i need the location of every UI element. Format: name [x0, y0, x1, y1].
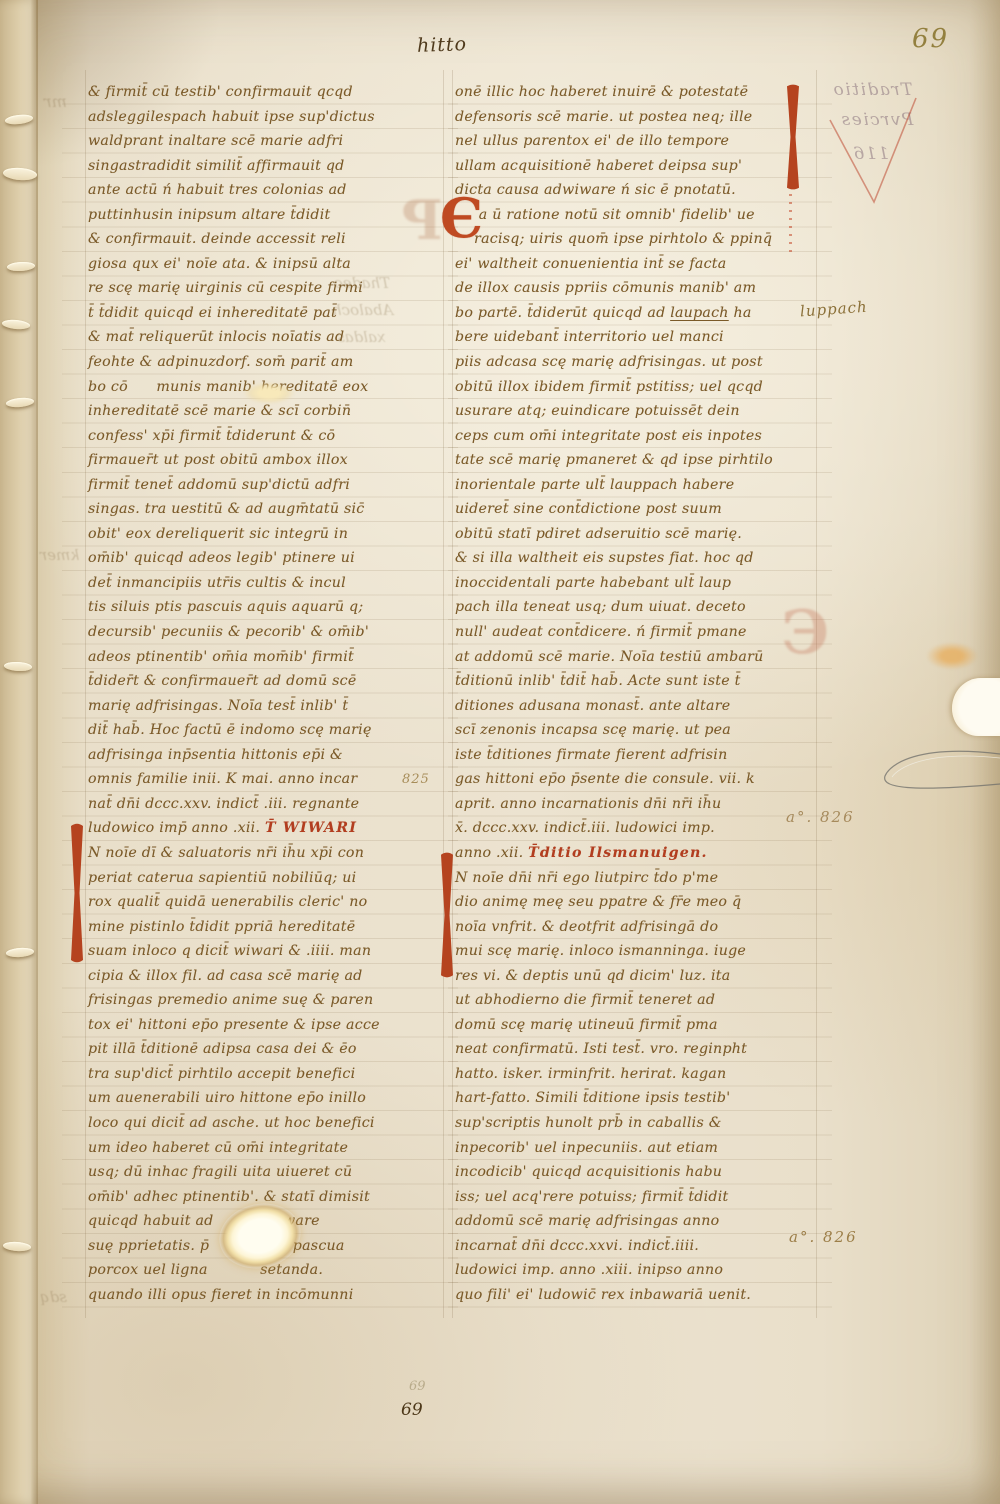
manuscript-line: sup'scriptis hunolt prb̄ in caballis & [455, 1111, 817, 1136]
manuscript-line: det̄ inmancipiis utr̄is cultis & incul [88, 571, 444, 596]
margin-note-luppach: luppach [799, 298, 868, 321]
folio-number-bottom-ink: 69 [401, 1400, 423, 1420]
manuscript-line: nat̄ dn̄i dccc.xxv. indict̄ .iii. regnan… [88, 792, 444, 817]
manuscript-line: obitū statī pdiret adseruitio scē marię. [455, 522, 817, 547]
manuscript-line: tate scē marię pmaneret & qd ipse pirhti… [455, 448, 817, 473]
manuscript-line: hart-fatto. Simili t̄ditione ipsis testi… [455, 1086, 817, 1111]
manuscript-line: N noīe dī & saluatoris nr̄i ih̄u xp̄i co… [88, 841, 444, 866]
ruling-vertical [85, 70, 86, 1318]
manuscript-line: bere uidebant̄ interritorio uel manci [455, 325, 817, 350]
manuscript-line: ludowico imp̄ anno .xii. T̄ WIWARI [88, 816, 444, 841]
manuscript-line: inoccidentali parte habebant ult̄ laup [455, 571, 817, 596]
manuscript-line: t̄dider̄t & confirmauer̄t ad domū scē [88, 669, 444, 694]
red-chevron-mark [828, 88, 928, 212]
manuscript-line: singas. tra uestitū & ad augm̄tatū sic̄ [88, 497, 444, 522]
manuscript-line: racisq; uiris quom̄ ipse pirhtolo & ppin… [455, 227, 817, 252]
ghost-text: kmer [40, 546, 79, 564]
manuscript-line: res vi. & deptis unū qd dicim' luz. ita [455, 964, 817, 989]
manuscript-line: om̄ib' quicqd adeos legib' ptinere ui [88, 546, 444, 571]
manuscript-line: nel ullus parentox ei' de illo tempore [455, 129, 817, 154]
manuscript-line: bo partē. t̄diderūt quicqd ad laupach ha [455, 301, 817, 326]
manuscript-line: incarnat̄ dn̄i dccc.xxvi. indict̄.iiii. [455, 1234, 817, 1259]
red-dotted-mark [789, 194, 792, 252]
text-column-left: & firmit̄ cū testib' confirmauit qcqdads… [88, 80, 444, 1307]
manuscript-line: firmit̄ tenet̄ addomū sup'dictū adfri [88, 473, 444, 498]
manuscript-line: ut abhodierno die firmit̄ teneret ad [455, 988, 817, 1013]
manuscript-line: pach illa teneat usq; dum uiuat. deceto [455, 595, 817, 620]
manuscript-line: piis adcasa scę marię adfrisingas. ut po… [455, 350, 817, 375]
manuscript-line: ceps cum om̄i integritate post eis inpot… [455, 424, 817, 449]
manuscript-line: dio animę meę seu ppatre & fr̄e meo q̄ [455, 890, 817, 915]
manuscript-line: cipia & illox fil. ad casa scē marię ad [88, 964, 444, 989]
manuscript-line: usq; dū inhac fragili uita uiueret cū [88, 1160, 444, 1185]
manuscript-line: & si illa waltheit eis supstes fiat. hoc… [455, 546, 817, 571]
manuscript-line: omnis familie inii. K mai. anno incar [88, 767, 444, 792]
folio-number-bottom-faint: 69 [409, 1379, 426, 1394]
manuscript-line: marię adfrisingas. Noīa test̄ inlib' t̄ [88, 694, 444, 719]
manuscript-line: anno .xii. T̄ditio Ilsmanuigen. [455, 841, 817, 866]
manuscript-line: rox qualit̄ quidā uenerabilis cleric' no [88, 890, 444, 915]
manuscript-line: aprit. anno incarnationis dn̄i nr̄i ih̄u [455, 792, 817, 817]
manuscript-line: ditiones adusana monast̄. ante altare [455, 694, 817, 719]
manuscript-line: tox ei' hittoni ep̄o presente & ipse acc… [88, 1013, 444, 1038]
manuscript-line: tra sup'dict̄ pirhtilo accepit benefici [88, 1062, 444, 1087]
header-note: hitto [417, 33, 468, 57]
manuscript-line: waldprant inaltare scē marie adfri [88, 129, 444, 154]
manuscript-line: iss; uel acq'rere potuiss; firmit̄ t̄did… [455, 1185, 817, 1210]
manuscript-line: dicta causa adwiware ń sic ē pnotatū. [455, 178, 817, 203]
manuscript-line: um auenerabili uiro hittone ep̄o inillo [88, 1086, 444, 1111]
manuscript-line: mine pistinlo t̄didit ppriā hereditatē [88, 915, 444, 940]
manuscript-line: dit̄ hab̄. Hoc factū ē indomo scę marię [88, 718, 444, 743]
edge-notch-hole [952, 678, 1000, 736]
folio-number: 69 [912, 24, 949, 54]
manuscript-line: frisingas premedio anime suę & paren [88, 988, 444, 1013]
manuscript-line: firmauer̄t ut post obitū ambox illox [88, 448, 444, 473]
ghost-initial-right: Є [781, 598, 829, 668]
manuscript-line: adsleggilespach habuit ipse sup'dictus [88, 105, 444, 130]
manuscript-line: ludowici imp. anno .xiii. inipso anno [455, 1258, 817, 1283]
manuscript-line: suam inloco q dicit̄ wiwari & .iiii. man [88, 939, 444, 964]
manuscript-line: a ū ratione notū sit omnib' fidelib' ue [455, 203, 817, 228]
manuscript-line: de illox causis ppriis cōmunis manib' am [455, 276, 817, 301]
manuscript-line: scī zenonis incapsa scę marię. ut pea [455, 718, 817, 743]
manuscript-line: & firmit̄ cū testib' confirmauit qcqd [88, 80, 444, 105]
manuscript-line: incodicib' quicqd acquisitionis habu [455, 1160, 817, 1185]
gutter-crease [36, 0, 38, 1504]
manuscript-line: quo fili' ei' ludowic̄ rex inbawariā uen… [455, 1283, 817, 1308]
manuscript-line: gas hittoni ep̄o p̄sente die consule. vi… [455, 767, 817, 792]
manuscript-line: periat caterua sapientiū nobiliūq; ui [88, 866, 444, 891]
manuscript-line: at addomū scē marie. Noīa testiū ambarū [455, 645, 817, 670]
manuscript-line: hatto. isker. irminfrit. herirat. kagan [455, 1062, 817, 1087]
manuscript-line: giosa qux ei' noīe ata. & inipsū alta [88, 252, 444, 277]
edge-stain [926, 642, 978, 670]
rubric-initial-e: Є [440, 192, 483, 244]
margin-note-year-826-b: a°. 826 [789, 1228, 858, 1246]
margin-note-year-825: 825 [402, 772, 430, 787]
manuscript-line: puttinhusin inipsum altare t̄didit [88, 203, 444, 228]
manuscript-line: iste t̄ditiones firmate fierent adfrisin [455, 743, 817, 768]
manuscript-line: defensoris scē marie. ut postea neq; ill… [455, 105, 817, 130]
manuscript-line: t̄ditionū inlib' t̄dit̄ hab̄. Acte sunt … [455, 669, 817, 694]
manuscript-line: obit' eox dereliquerit sic integrū in [88, 522, 444, 547]
ghost-text: Thadeo [334, 274, 390, 292]
ghost-text: Abaloch [332, 301, 393, 319]
manuscript-line: N noīe dn̄i nr̄i ego liutpirc t̄do p'me [455, 866, 817, 891]
manuscript-line: re scę marię uirginis cū cespite firmi [88, 276, 444, 301]
manuscript-line: & mat̄ reliquerūt inlocis noīatis ad [88, 325, 444, 350]
manuscript-page: hitto 69 Traditio Pvrcies 116 & firmit̄ … [0, 0, 1000, 1504]
manuscript-line: addomū scē marię adfrisingas anno [455, 1209, 817, 1234]
parchment-spot [243, 382, 295, 404]
manuscript-line: quando illi opus fieret in incōmunni [88, 1283, 444, 1308]
ghost-initial-left: P [402, 188, 443, 252]
manuscript-line: tis siluis ptis pascuis aquis aquarū q; [88, 595, 444, 620]
manuscript-line: neat confirmatū. Isti test̄. vro. reginp… [455, 1037, 817, 1062]
manuscript-line: pit illā t̄ditionē adipsa casa dei & ēo [88, 1037, 444, 1062]
manuscript-line: ante actū ń habuit tres colonias ad [88, 178, 444, 203]
manuscript-line: feohte & adpinuzdorf. som̄ parit̄ am [88, 350, 444, 375]
manuscript-line: ei' waltheit conuenientia int̄ se facta [455, 252, 817, 277]
manuscript-line: usurare atq; euindicare potuissēt dein [455, 399, 817, 424]
ghost-text: sdq [40, 1288, 67, 1306]
manuscript-line: obitū illox ibidem firmit̄ pstitiss; uel… [455, 375, 817, 400]
manuscript-line: inpecorib' uel inpecuniis. aut etiam [455, 1136, 817, 1161]
binding-gutter [0, 0, 38, 1504]
ghost-text: xaldas [337, 328, 385, 346]
manuscript-line: adfrisinga inp̄sentia hittonis ep̄i & [88, 743, 444, 768]
manuscript-line: & confirmauit. deinde accessit reli [88, 227, 444, 252]
manuscript-line: singastradidit similit̄ affirmauit qd [88, 154, 444, 179]
manuscript-line: uideret̄ sine cont̄dictione post suum [455, 497, 817, 522]
margin-note-year-826-a: a°. 826 [786, 808, 855, 826]
manuscript-line: um ideo haberet cū om̄i integritate [88, 1136, 444, 1161]
manuscript-line: null' audeat cont̄dicere. ń firmit̄ pman… [455, 620, 817, 645]
manuscript-line: noīa vnfrit. & deotfrit adfrisingā do [455, 915, 817, 940]
ruling-vertical [452, 70, 453, 1318]
manuscript-line: x̄. dccc.xxv. indict̄.iii. ludowici imp. [455, 816, 817, 841]
manuscript-line: decursib' pecuniis & pecorib' & om̄ib' [88, 620, 444, 645]
manuscript-line: onē illic hoc haberet inuirē & potestatē [455, 80, 817, 105]
manuscript-line: confess' xp̄i firmit̄ t̄diderunt & cō [88, 424, 444, 449]
manuscript-line: mui scę marię. inloco ismanninga. iuge [455, 939, 817, 964]
loose-thread [878, 738, 1000, 808]
rubric-initial-i-right-mid [438, 852, 456, 978]
manuscript-line: ullam acquisitionē haberet deipsa sup' [455, 154, 817, 179]
manuscript-line: domū scę marię utineuū firmit̄ pma [455, 1013, 817, 1038]
ghost-text: mr [44, 92, 67, 111]
manuscript-line: adeos ptinentib' om̄ia mom̄ib' firmit̄ [88, 645, 444, 670]
manuscript-line: inorientale parte ult̄ lauppach habere [455, 473, 817, 498]
manuscript-line: loco qui dicit̄ ad asche. ut hoc benefic… [88, 1111, 444, 1136]
rubric-initial-i-left [68, 822, 86, 964]
text-column-right: onē illic hoc haberet inuirē & potestatē… [455, 80, 817, 1307]
rubric-initial-i-right-top [784, 84, 802, 190]
